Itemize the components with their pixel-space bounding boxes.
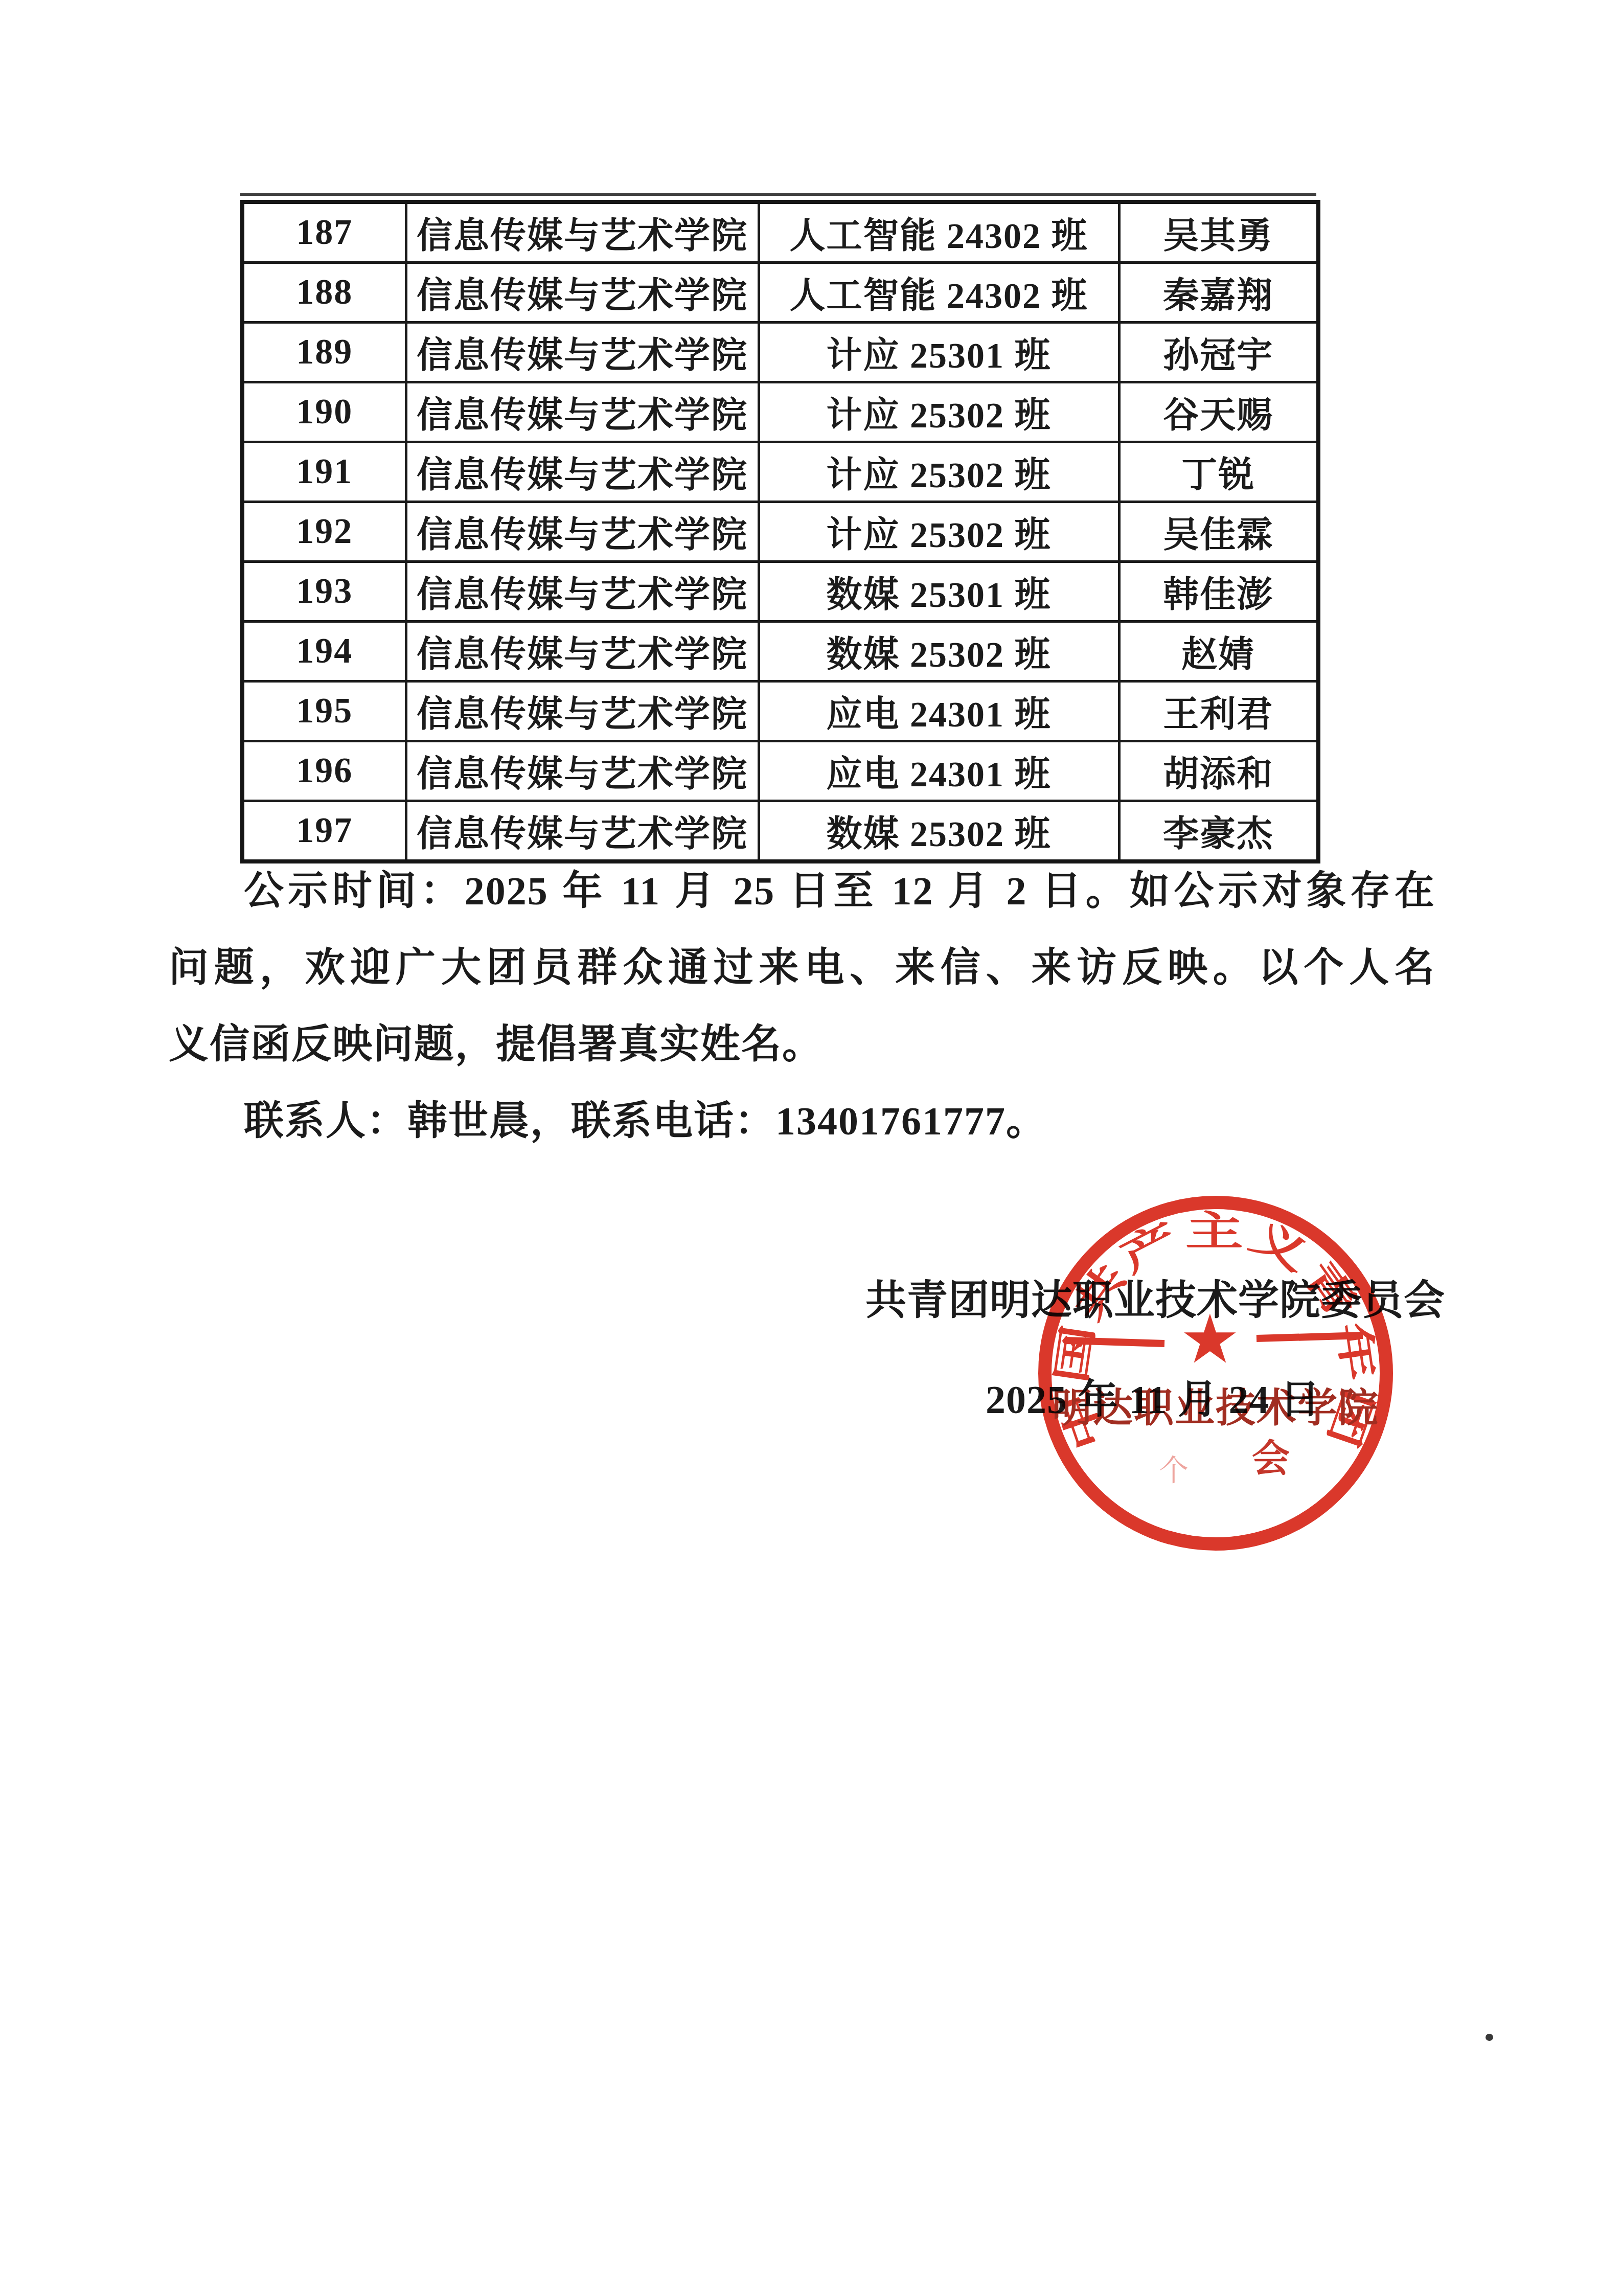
- table-row: 189 信息传媒与艺术学院 计应 25301 班 孙冠宇: [242, 323, 1318, 382]
- table-row: 193 信息传媒与艺术学院 数媒 25301 班 韩佳澎: [242, 562, 1318, 622]
- cell-college: 信息传媒与艺术学院: [406, 382, 759, 442]
- cell-college: 信息传媒与艺术学院: [406, 263, 759, 323]
- cell-class: 计应 25302 班: [759, 382, 1119, 442]
- seal-bottom-faint-mark: 个: [1159, 1454, 1189, 1487]
- cell-student-name: 赵婧: [1119, 622, 1318, 681]
- notice-paragraphs: 公示时间：2025 年 11 月 25 日至 12 月 2 日。如公示对象存在 …: [169, 853, 1435, 1160]
- ink-speck: [1486, 2034, 1493, 2041]
- cell-serial-number: 187: [242, 202, 406, 263]
- roster-table: 187 信息传媒与艺术学院 人工智能 24302 班 吴其勇 188 信息传媒与…: [240, 200, 1320, 863]
- cell-class: 计应 25301 班: [759, 323, 1119, 382]
- cell-student-name: 吴佳霖: [1119, 502, 1318, 562]
- cell-student-name: 丁锐: [1119, 442, 1318, 502]
- seal-institution-text: 明达职业技术学院: [1052, 1386, 1379, 1430]
- seal-star-icon: ★: [1180, 1302, 1240, 1377]
- cell-serial-number: 194: [242, 622, 406, 681]
- cell-student-name: 孙冠宇: [1119, 323, 1318, 382]
- cell-student-name: 秦嘉翔: [1119, 263, 1318, 323]
- cell-serial-number: 193: [242, 562, 406, 622]
- notice-line-3: 义信函反映问题，提倡署真实姓名。: [169, 1006, 1435, 1083]
- table-row: 194 信息传媒与艺术学院 数媒 25302 班 赵婧: [242, 622, 1318, 681]
- cell-college: 信息传媒与艺术学院: [406, 202, 759, 263]
- cell-class: 计应 25302 班: [759, 502, 1119, 562]
- cell-serial-number: 191: [242, 442, 406, 502]
- cell-class: 数媒 25301 班: [759, 562, 1119, 622]
- cell-college: 信息传媒与艺术学院: [406, 562, 759, 622]
- cell-class: 计应 25302 班: [759, 442, 1119, 502]
- cell-class: 应电 24301 班: [759, 741, 1119, 801]
- table-row: 196 信息传媒与艺术学院 应电 24301 班 胡添和: [242, 741, 1318, 801]
- notice-line-2: 问题，欢迎广大团员群众通过来电、来信、来访反映。以个人名: [169, 929, 1435, 1006]
- seal-bottom-character: 会: [1252, 1438, 1290, 1480]
- cell-college: 信息传媒与艺术学院: [406, 741, 759, 801]
- cell-class: 数媒 25302 班: [759, 622, 1119, 681]
- cell-student-name: 王利君: [1119, 681, 1318, 741]
- table-row: 192 信息传媒与艺术学院 计应 25302 班 吴佳霖: [242, 502, 1318, 562]
- table-row: 188 信息传媒与艺术学院 人工智能 24302 班 秦嘉翔: [242, 263, 1318, 323]
- cell-class: 应电 24301 班: [759, 681, 1119, 741]
- cell-class: 人工智能 24302 班: [759, 202, 1119, 263]
- seal-right-dash: [1257, 1335, 1363, 1338]
- cell-student-name: 韩佳澎: [1119, 562, 1318, 622]
- cell-serial-number: 192: [242, 502, 406, 562]
- cell-college: 信息传媒与艺术学院: [406, 681, 759, 741]
- table-row: 187 信息传媒与艺术学院 人工智能 24302 班 吴其勇: [242, 202, 1318, 263]
- cell-serial-number: 195: [242, 681, 406, 741]
- cell-college: 信息传媒与艺术学院: [406, 323, 759, 382]
- notice-line-1: 公示时间：2025 年 11 月 25 日至 12 月 2 日。如公示对象存在: [169, 853, 1435, 929]
- roster-table-body: 187 信息传媒与艺术学院 人工智能 24302 班 吴其勇 188 信息传媒与…: [242, 202, 1318, 861]
- document-page: 187 信息传媒与艺术学院 人工智能 24302 班 吴其勇 188 信息传媒与…: [0, 0, 1622, 2296]
- cell-college: 信息传媒与艺术学院: [406, 502, 759, 562]
- cell-student-name: 胡添和: [1119, 741, 1318, 801]
- cell-serial-number: 190: [242, 382, 406, 442]
- table-row: 195 信息传媒与艺术学院 应电 24301 班 王利君: [242, 681, 1318, 741]
- cell-class: 人工智能 24302 班: [759, 263, 1119, 323]
- cell-student-name: 谷天赐: [1119, 382, 1318, 442]
- table-row: 191 信息传媒与艺术学院 计应 25302 班 丁锐: [242, 442, 1318, 502]
- cell-serial-number: 189: [242, 323, 406, 382]
- cell-college: 信息传媒与艺术学院: [406, 622, 759, 681]
- official-seal: 中国共产主义青年团 ★ 明达职业技术学院 会 个: [1037, 1177, 1395, 1565]
- table-row: 190 信息传媒与艺术学院 计应 25302 班 谷天赐: [242, 382, 1318, 442]
- cell-student-name: 吴其勇: [1119, 202, 1318, 263]
- contact-line: 联系人：韩世晨，联系电话：13401761777。: [169, 1083, 1435, 1160]
- cell-serial-number: 196: [242, 741, 406, 801]
- cell-serial-number: 188: [242, 263, 406, 323]
- table-continuation-line: [240, 193, 1316, 196]
- cell-college: 信息传媒与艺术学院: [406, 442, 759, 502]
- seal-left-dash: [1066, 1340, 1164, 1344]
